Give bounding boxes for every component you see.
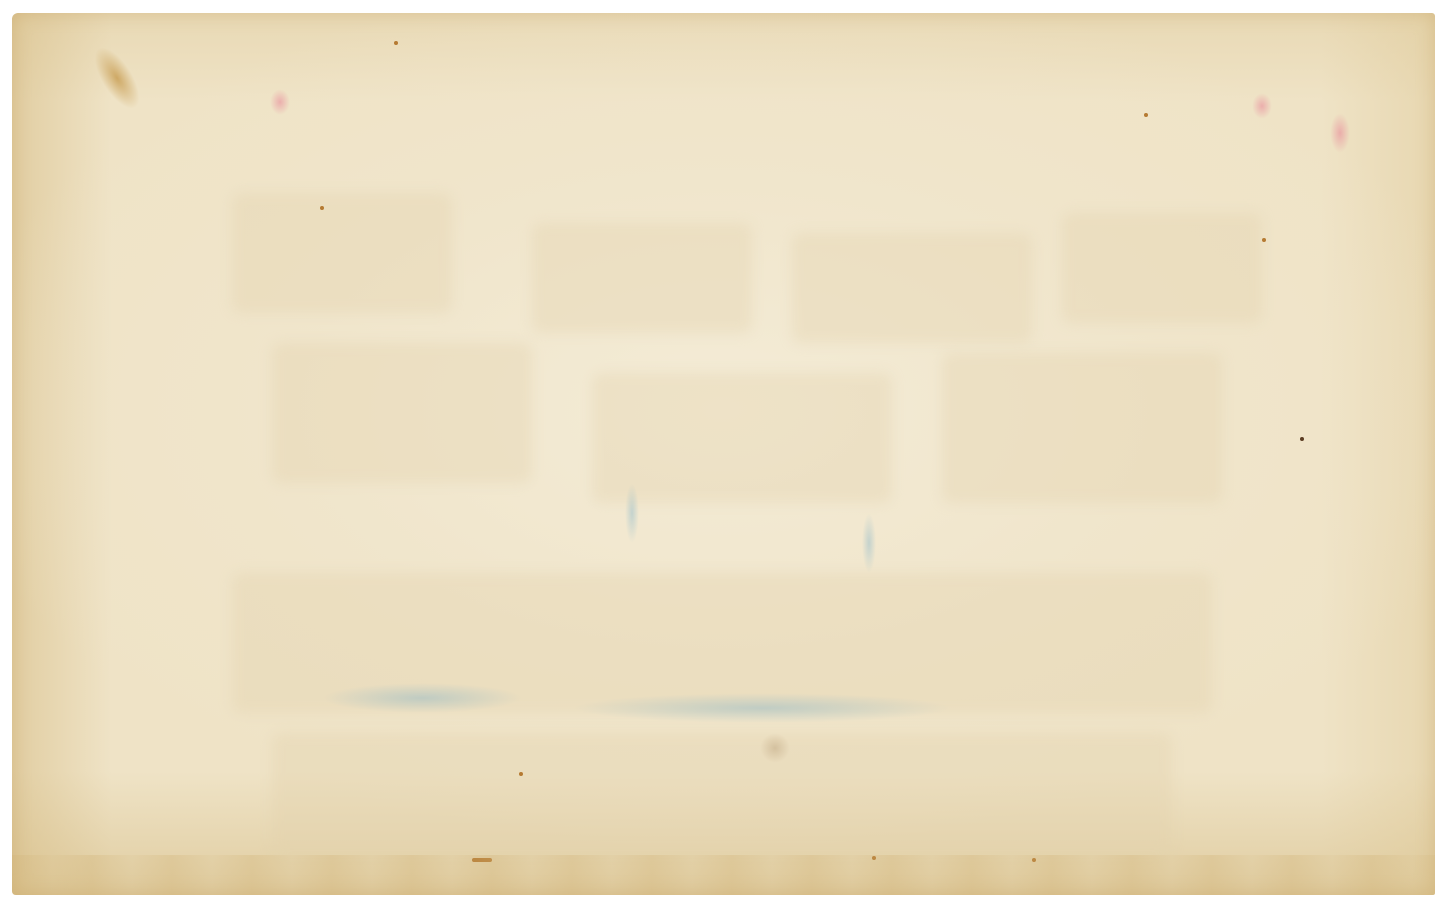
- pink-ink-mark: [1330, 113, 1350, 153]
- aged-paper-sheet: [12, 13, 1435, 895]
- corner-stain: [86, 40, 149, 115]
- speck: [1300, 437, 1304, 441]
- image-canvas: [0, 0, 1452, 917]
- bleed-through-region: [532, 223, 752, 333]
- bottom-edge-wear: [12, 855, 1435, 895]
- bleed-through-region: [1062, 213, 1262, 323]
- blue-ink-mark: [572, 693, 952, 723]
- speck: [1144, 113, 1148, 117]
- blue-ink-mark: [862, 513, 876, 573]
- speck: [519, 772, 523, 776]
- faint-stain: [760, 733, 790, 763]
- speck: [394, 41, 398, 45]
- pink-ink-mark: [270, 89, 290, 115]
- bleed-through-region: [272, 733, 1172, 853]
- blue-ink-mark: [322, 683, 522, 713]
- speck: [1262, 238, 1266, 242]
- blue-ink-mark: [625, 483, 639, 543]
- bleed-through-region: [272, 343, 532, 483]
- speck: [320, 206, 324, 210]
- bleed-through-region: [792, 233, 1032, 343]
- bleed-through-region: [232, 193, 452, 313]
- bleed-through-region: [942, 353, 1222, 503]
- pink-ink-mark: [1252, 93, 1272, 119]
